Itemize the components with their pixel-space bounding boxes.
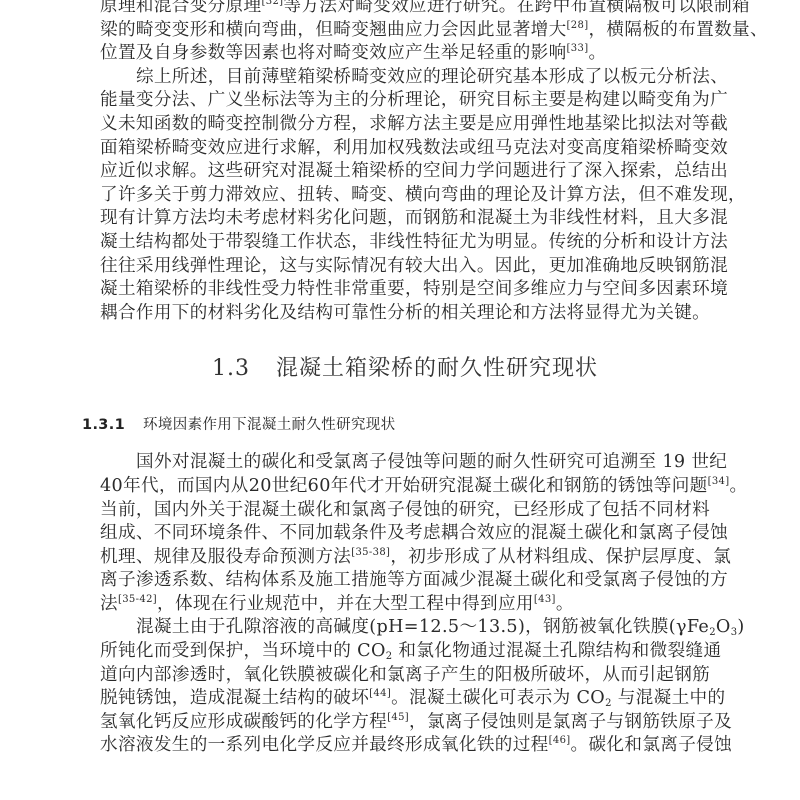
text-line: 脱钝锈蚀，造成混凝土结构的破坏[44]。混凝土碳化可表示为 CO2 与混凝土中的: [100, 687, 710, 711]
citation: [32]: [262, 0, 284, 7]
text-line: 组成、不同环境条件、不同加载条件及考虑耦合效应的混凝土碳化和氯离子侵蚀: [100, 522, 710, 546]
text-line: 应近似求解。这些研究对混凝土箱梁桥的空间力学问题进行了深入探索，总结出: [100, 160, 710, 184]
citation: [35-42]: [118, 594, 157, 605]
paragraph-2: 综上所述，目前薄壁箱梁桥畸变效应的理论研究基本形成了以板元分析法、 能量变分法、…: [100, 66, 710, 326]
citation: [44]: [369, 688, 391, 699]
text-line: 道向内部渗透时，氧化铁膜被碳化和氯离子产生的阳极所破坏，从而引起钢筋: [100, 664, 710, 688]
text-line: 往往采用线弹性理论，这与实际情况有较大出入。因此，更加准确地反映钢筋混: [100, 255, 710, 279]
text-line: 机理、规律及服役寿命预测方法[35-38]，初步形成了从材料组成、保护层厚度、氯: [100, 546, 710, 570]
citation: [34]: [708, 476, 730, 487]
section-title: 混凝土箱梁桥的耐久性研究现状: [276, 356, 598, 381]
paragraph-3: 国外对混凝土的碳化和受氯离子侵蚀等问题的耐久性研究可追溯至 19 世纪 40年代…: [100, 451, 710, 616]
citation: [35-38]: [351, 547, 390, 558]
paragraph-1: 原理和混合变分原理[32]等方法对畸变效应进行研究。在跨中布置横隔板可以限制箱 …: [100, 0, 710, 66]
text-line: 了许多关于剪力滞效应、扭转、畸变、横向弯曲的理论及计算方法，但不难发现，: [100, 184, 710, 208]
citation: [43]: [534, 594, 556, 605]
paragraph-4: 混凝土由于孔隙溶液的高碱度(pH=12.5～13.5)，钢筋被氧化铁膜(γFe2…: [100, 616, 710, 758]
text-line: 水溶液发生的一系列电化学反应并最终形成氧化铁的过程[46]。碳化和氯离子侵蚀: [100, 734, 710, 758]
text-line: 离子渗透系数、结构体系及施工措施等方面减少混凝土碳化和受氯离子侵蚀的方: [100, 569, 710, 593]
text-line: 位置及自身参数等因素也将对畸变效应产生举足轻重的影响[33]。: [100, 42, 710, 66]
text-line: 凝土箱梁桥的非线性受力特性非常重要，特别是空间多维应力与空间多因素环境: [100, 278, 710, 302]
text-line: 现有计算方法均未考虑材料劣化问题，而钢筋和混凝土为非线性材料，且大多混: [100, 207, 710, 231]
citation: [45]: [387, 712, 409, 723]
text-line: 所钝化而受到保护，当环境中的 CO2 和氯化物通过混凝土孔隙结构和微裂缝通: [100, 640, 710, 664]
subsection-title: 环境因素作用下混凝土耐久性研究现状: [143, 417, 395, 433]
citation: [46]: [549, 735, 571, 746]
text-line: 原理和混合变分原理[32]等方法对畸变效应进行研究。在跨中布置横隔板可以限制箱: [100, 0, 710, 19]
text-line: 梁的畸变变形和横向弯曲，但畸变翘曲应力会因此显著增大[28]，横隔板的布置数量、: [100, 19, 710, 43]
text-line: 能量变分法、广义坐标法等为主的分析理论，研究目标主要是构建以畸变角为广: [100, 89, 710, 113]
text-line: 40年代，而国内从20世纪60年代才开始研究混凝土碳化和钢筋的锈蚀等问题[34]…: [100, 475, 710, 499]
text-line: 法[35-42]，体现在行业规范中，并在大型工程中得到应用[43]。: [100, 593, 710, 617]
subsection-number: 1.3.1: [82, 417, 125, 433]
text-line: 国外对混凝土的碳化和受氯离子侵蚀等问题的耐久性研究可追溯至 19 世纪: [100, 451, 710, 475]
text-line: 面箱梁桥畸变效应进行求解，利用加权残数法或纽马克法对变高度箱梁桥畸变效: [100, 137, 710, 161]
citation: [28]: [567, 20, 589, 31]
text-line: 综上所述，目前薄壁箱梁桥畸变效应的理论研究基本形成了以板元分析法、: [100, 66, 710, 90]
text-line: 义未知函数的畸变控制微分方程，求解方法主要是应用弹性地基梁比拟法对等截: [100, 113, 710, 137]
section-number: 1.3: [212, 356, 250, 381]
section-heading: 1.3混凝土箱梁桥的耐久性研究现状: [100, 339, 710, 399]
text-line: 混凝土由于孔隙溶液的高碱度(pH=12.5～13.5)，钢筋被氧化铁膜(γFe2…: [100, 616, 710, 640]
text-line: 当前，国内外关于混凝土碳化和氯离子侵蚀的研究，已经形成了包括不同材料: [100, 499, 710, 523]
text-line: 凝土结构都处于带裂缝工作状态，非线性特征尤为明显。传统的分析和设计方法: [100, 231, 710, 255]
text-line: 氢氧化钙反应形成碳酸钙的化学方程[45]，氯离子侵蚀则是氯离子与钢筋铁原子及: [100, 711, 710, 735]
subsection-heading: 1.3.1环境因素作用下混凝土耐久性研究现状: [82, 413, 710, 437]
citation: [33]: [567, 43, 589, 54]
text-line: 耦合作用下的材料劣化及结构可靠性分析的相关理论和方法将显得尤为关键。: [100, 302, 710, 326]
document-page: 原理和混合变分原理[32]等方法对畸变效应进行研究。在跨中布置横隔板可以限制箱 …: [100, 0, 710, 758]
